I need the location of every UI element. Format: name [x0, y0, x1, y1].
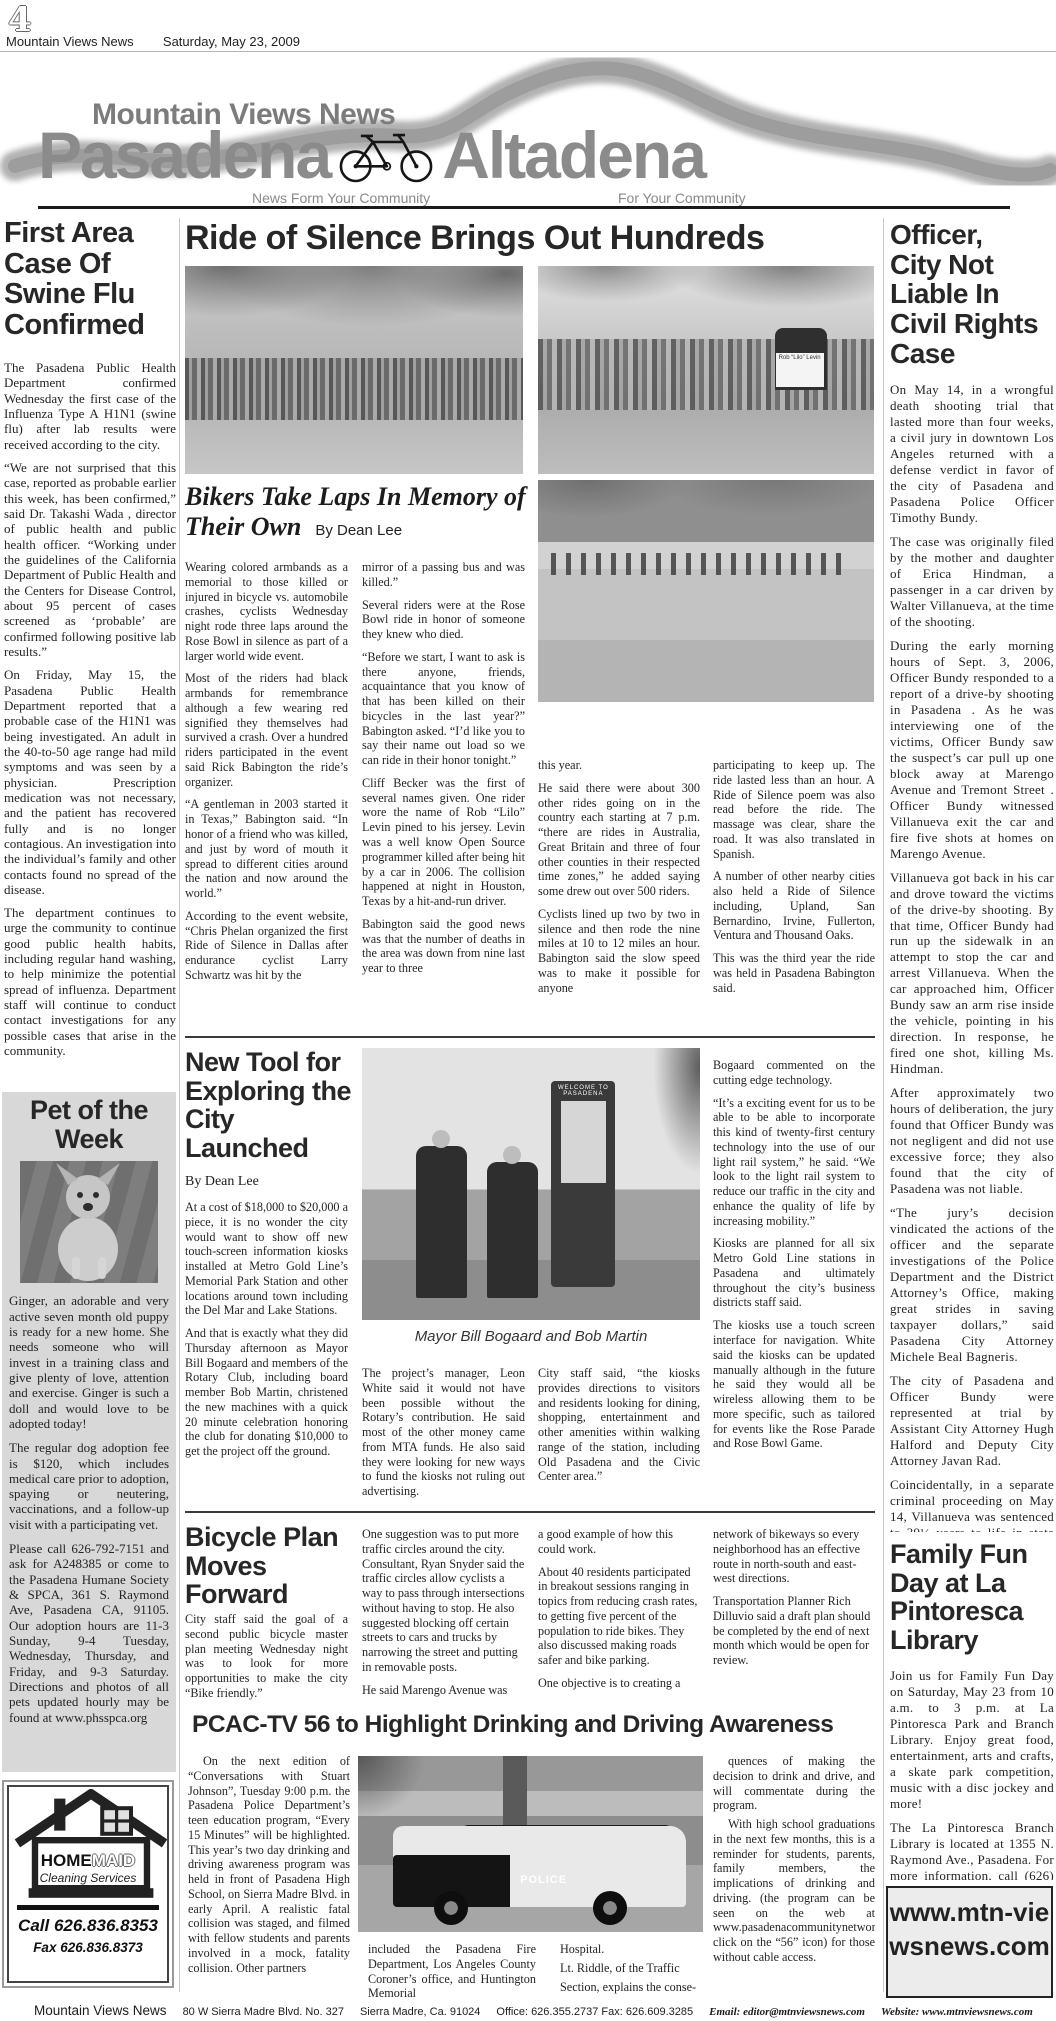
header-paper-name: Mountain Views News: [6, 34, 134, 49]
paragraph: quences of making the decision to drink …: [713, 1754, 875, 1813]
ride-col4: participating to keep up. The ride laste…: [713, 758, 875, 1036]
homemaid-brand-solid: HOME: [41, 1851, 92, 1870]
photo-tree: [626, 1048, 700, 1238]
photo-trees: [538, 266, 874, 333]
photo-trees: [538, 480, 874, 538]
website-ad-text: www.mtn-viewsnews.com: [889, 1897, 1049, 1961]
homemaid-brand: HOMEMAID: [11, 1851, 165, 1871]
bicycle-col2: One suggestion was to put more traffic c…: [362, 1527, 525, 1707]
new-tool-headline: New Tool for Exploring the City Launched: [185, 1048, 355, 1162]
masthead-rule: [38, 206, 1010, 209]
paragraph: One objective is to creating a: [538, 1676, 700, 1691]
kiosk-photo-caption: Mayor Bill Bogaard and Bob Martin: [362, 1328, 700, 1345]
pcac-headline: PCAC-TV 56 to Highlight Drinking and Dri…: [192, 1712, 877, 1738]
masthead-left-tagline: News Form Your Community: [252, 190, 430, 206]
paragraph: Please call 626-792-7151 and ask for A24…: [9, 1541, 169, 1725]
bicycle-icon: [334, 124, 438, 186]
new-tool-col4: Bogaard commented on the cutting edge te…: [713, 1058, 875, 1508]
pet-of-week-headline: Pet of the Week: [2, 1096, 176, 1153]
column-divider-right: [883, 218, 884, 1992]
photo-cyclists-gathering-left: [185, 266, 523, 474]
paragraph: During the early morning hours of Sept. …: [890, 638, 1054, 862]
pcac-col1: On the next edition of “Conversations wi…: [188, 1754, 350, 1994]
paragraph: Bogaard commented on the cutting edge te…: [713, 1058, 875, 1088]
paragraph: Section, explains the conse-: [545, 1980, 703, 1995]
rider-name-sign: Rob “Lilo” Levin: [776, 353, 824, 387]
paragraph: The Pasadena Public Health Department co…: [4, 360, 176, 452]
paragraph: “We are not surprised that this case, re…: [4, 460, 176, 659]
column-divider-left: [179, 218, 180, 1992]
person-silhouette-martin: [487, 1162, 538, 1298]
bicycle-col1: City staff said the goal of a second pub…: [185, 1612, 348, 1706]
kiosk-sign-text: WELCOME TO PASADENA: [551, 1081, 615, 1097]
photo-riders-on-road: [538, 480, 874, 702]
masthead-word-altadena: Altadena: [442, 122, 705, 188]
photo-kiosk-ceremony: WELCOME TO PASADENA: [362, 1048, 700, 1320]
paragraph: After approximately two hours of deliber…: [890, 1085, 1054, 1197]
ride-col2: mirror of a passing bus and was killed.”…: [362, 560, 525, 1036]
paragraph: Several riders were at the Rose Bowl rid…: [362, 598, 525, 642]
officer-case-body: On May 14, in a wrongful death shooting …: [890, 382, 1054, 1532]
homemaid-fax: Fax 626.836.8373: [11, 1940, 165, 1955]
paragraph: On the next edition of “Conversations wi…: [188, 1754, 350, 1975]
paragraph: network of bikeways so every neighborhoo…: [713, 1527, 875, 1586]
paragraph: “A gentleman in 2003 started it in Texas…: [185, 797, 348, 900]
paragraph: Lt. Riddle, of the Traffic: [545, 1961, 703, 1976]
dog-silhouette-icon: [20, 1161, 158, 1283]
homemaid-ad-inner: HOMEMAID Cleaning Services Call 626.836.…: [7, 1785, 169, 1983]
paragraph: City staff said, “the kiosks provides di…: [538, 1366, 700, 1484]
pcac-col4: quences of making the decision to drink …: [713, 1754, 875, 2016]
footer-paper-name: Mountain Views News: [34, 2003, 167, 2018]
footer-email: Email: editor@mtnviewsnews.com: [709, 2006, 865, 2018]
section-rule-1: [185, 1036, 875, 1038]
header-bar: Mountain Views News Saturday, May 23, 20…: [6, 34, 300, 49]
photo-crowd: [185, 358, 523, 420]
paragraph: This was the third year the ride was hel…: [713, 951, 875, 995]
paragraph: Wearing colored armbands as a memorial t…: [185, 560, 348, 663]
ride-headline: Ride of Silence Brings Out Hundreds: [185, 220, 877, 256]
section-rule-2: [185, 1511, 875, 1513]
swine-flu-body: The Pasadena Public Health Department co…: [4, 360, 176, 1088]
bicycle-plan-headline: Bicycle Plan Moves Forward: [185, 1523, 355, 1609]
paragraph: On Friday, May 15, the Pasadena Public H…: [4, 667, 176, 897]
paragraph: Most of the riders had black armbands fo…: [185, 671, 348, 789]
paragraph: City staff said the goal of a second pub…: [185, 1612, 348, 1701]
family-fun-headline: Family Fun Day at La Pintoresca Library: [890, 1540, 1050, 1654]
homemaid-house-graphic: HOMEMAID Cleaning Services: [11, 1789, 165, 1901]
person-silhouette-bogaard: [416, 1146, 467, 1298]
header-divider: [0, 51, 1056, 52]
rider-name-sign-text: Rob “Lilo” Levin: [779, 355, 821, 361]
paragraph: The city of Pasadena and Officer Bundy w…: [890, 1373, 1054, 1469]
paragraph: this year.: [538, 758, 700, 773]
photo-cyclists-gathering-right: Rob “Lilo” Levin: [538, 266, 874, 474]
kiosk-in-photo: WELCOME TO PASADENA: [551, 1081, 615, 1288]
website-ad-box: www.mtn-viewsnews.com: [886, 1886, 1053, 1998]
ride-col3: this year.He said there were about 300 o…: [538, 758, 700, 1036]
footer-website: Website: www.mtnviewsnews.com: [881, 2006, 1033, 2018]
footer: Mountain Views News 80 W Sierra Madre Bl…: [34, 2003, 1054, 2018]
masthead-right-tagline: For Your Community: [618, 190, 746, 206]
paragraph: “Before we start, I want to ask is there…: [362, 650, 525, 768]
photo-police-car: POLICE: [358, 1756, 703, 1932]
officer-case-headline: Officer, City Not Liable In Civil Rights…: [890, 220, 1040, 368]
paragraph: Babington said the good news was that th…: [362, 917, 525, 976]
police-car-label: POLICE: [520, 1874, 567, 1886]
paragraph: The regular dog adoption fee is $120, wh…: [9, 1440, 169, 1532]
paragraph: A number of other nearby cities also hel…: [713, 869, 875, 943]
paragraph: The La Pintoresca Branch Library is loca…: [890, 1820, 1054, 1880]
dog-photo: [20, 1161, 158, 1283]
kiosk-screen: [561, 1101, 606, 1184]
homemaid-call: Call 626.836.8353: [11, 1916, 165, 1936]
homemaid-tagline: Cleaning Services: [11, 1871, 165, 1885]
photo-tree-trunk: [503, 1756, 527, 1835]
footer-address: 80 W Sierra Madre Blvd. No. 327: [183, 2006, 344, 2018]
masthead-word-pasadena: Pasadena: [38, 122, 330, 188]
paragraph: Villanueva got back in his car and drove…: [890, 870, 1054, 1078]
paragraph: About 40 residents participated in break…: [538, 1565, 700, 1668]
paragraph: Coincidentally, in a separate criminal p…: [890, 1477, 1054, 1532]
new-tool-col1: At a cost of $18,000 to $20,000 a piece,…: [185, 1200, 348, 1506]
paragraph: According to the event website, “Chris P…: [185, 909, 348, 983]
paragraph: “The jury’s decision vindicated the acti…: [890, 1205, 1054, 1365]
paragraph: Transportation Planner Rich Dilluvio sai…: [713, 1594, 875, 1668]
police-car-wheel-front: [434, 1891, 468, 1925]
paragraph: He said there were about 300 other rides…: [538, 781, 700, 899]
ride-subhead-block: Bikers Take Laps In Memory of Their Own …: [185, 482, 537, 542]
paragraph: The kiosks use a touch screen interface …: [713, 1318, 875, 1451]
footer-city: Sierra Madre, Ca. 91024: [360, 2006, 480, 2018]
pet-of-week-section: Pet of the Week Ginger, an adorable and …: [2, 1092, 176, 1772]
paragraph: a good example of how this could work.: [538, 1527, 700, 1557]
paragraph: “It’s a exciting event for us to be able…: [713, 1096, 875, 1229]
paragraph: participating to keep up. The ride laste…: [713, 758, 875, 861]
paragraph: Join us for Family Fun Day on Saturday, …: [890, 1668, 1054, 1812]
ride-byline: By Dean Lee: [315, 522, 402, 539]
new-tool-col3: City staff said, “the kiosks provides di…: [538, 1366, 700, 1508]
paragraph: Cyclists lined up two by two in silence …: [538, 907, 700, 996]
homemaid-brand-outline: MAID: [92, 1851, 135, 1870]
footer-phones: Office: 626.355.2737 Fax: 626.609.3285: [496, 2006, 693, 2018]
photo-riders-row: [551, 553, 847, 575]
swine-flu-headline: First Area Case Of Swine Flu Confirmed: [4, 218, 178, 341]
ride-col1: Wearing colored armbands as a memorial t…: [185, 560, 348, 1036]
paragraph: Cliff Becker was the first of several na…: [362, 776, 525, 909]
paragraph: The project’s manager, Leon White said i…: [362, 1366, 525, 1499]
new-tool-col2: The project’s manager, Leon White said i…: [362, 1366, 525, 1508]
paragraph: included the Pasadena Fire Department, L…: [368, 1942, 536, 2001]
paragraph: The case was originally filed by the mot…: [890, 534, 1054, 630]
paragraph: At a cost of $18,000 to $20,000 a piece,…: [185, 1200, 348, 1318]
photo-trees: [185, 266, 523, 358]
homemaid-ad: HOMEMAID Cleaning Services Call 626.836.…: [2, 1780, 174, 1988]
paragraph: One suggestion was to put more traffic c…: [362, 1527, 525, 1675]
police-car-wheel-rear: [593, 1891, 627, 1925]
paragraph: And that is exactly what they did Thursd…: [185, 1326, 348, 1459]
bicycle-col3: a good example of how this could work.Ab…: [538, 1527, 700, 1707]
family-fun-body: Join us for Family Fun Day on Saturday, …: [890, 1668, 1054, 1880]
bicycle-col4: network of bikeways so every neighborhoo…: [713, 1527, 875, 1707]
paragraph: Ginger, an adorable and very active seve…: [9, 1293, 169, 1431]
paragraph: He said Marengo Avenue was: [362, 1683, 525, 1698]
newspaper-page: 4 Mountain Views News Saturday, May 23, …: [0, 0, 1056, 2021]
paragraph: Hospital.: [545, 1942, 703, 1957]
masthead: Mountain Views News Pasadena Altadena Ne…: [0, 54, 1056, 209]
new-tool-byline: By Dean Lee: [185, 1174, 259, 1190]
masthead-title-row: Pasadena Altadena: [38, 122, 1028, 188]
homemaid-rule: [17, 1905, 159, 1910]
paragraph: Kiosks are planned for all six Metro Gol…: [713, 1236, 875, 1310]
paragraph: The department continues to urge the com…: [4, 905, 176, 1058]
paragraph: mirror of a passing bus and was killed.”: [362, 560, 525, 590]
header-date: Saturday, May 23, 2009: [163, 34, 300, 49]
paragraph: On May 14, in a wrongful death shooting …: [890, 382, 1054, 526]
pet-of-week-body: Ginger, an adorable and very active seve…: [2, 1293, 176, 1725]
paragraph: With high school graduations in the next…: [713, 1817, 875, 1965]
